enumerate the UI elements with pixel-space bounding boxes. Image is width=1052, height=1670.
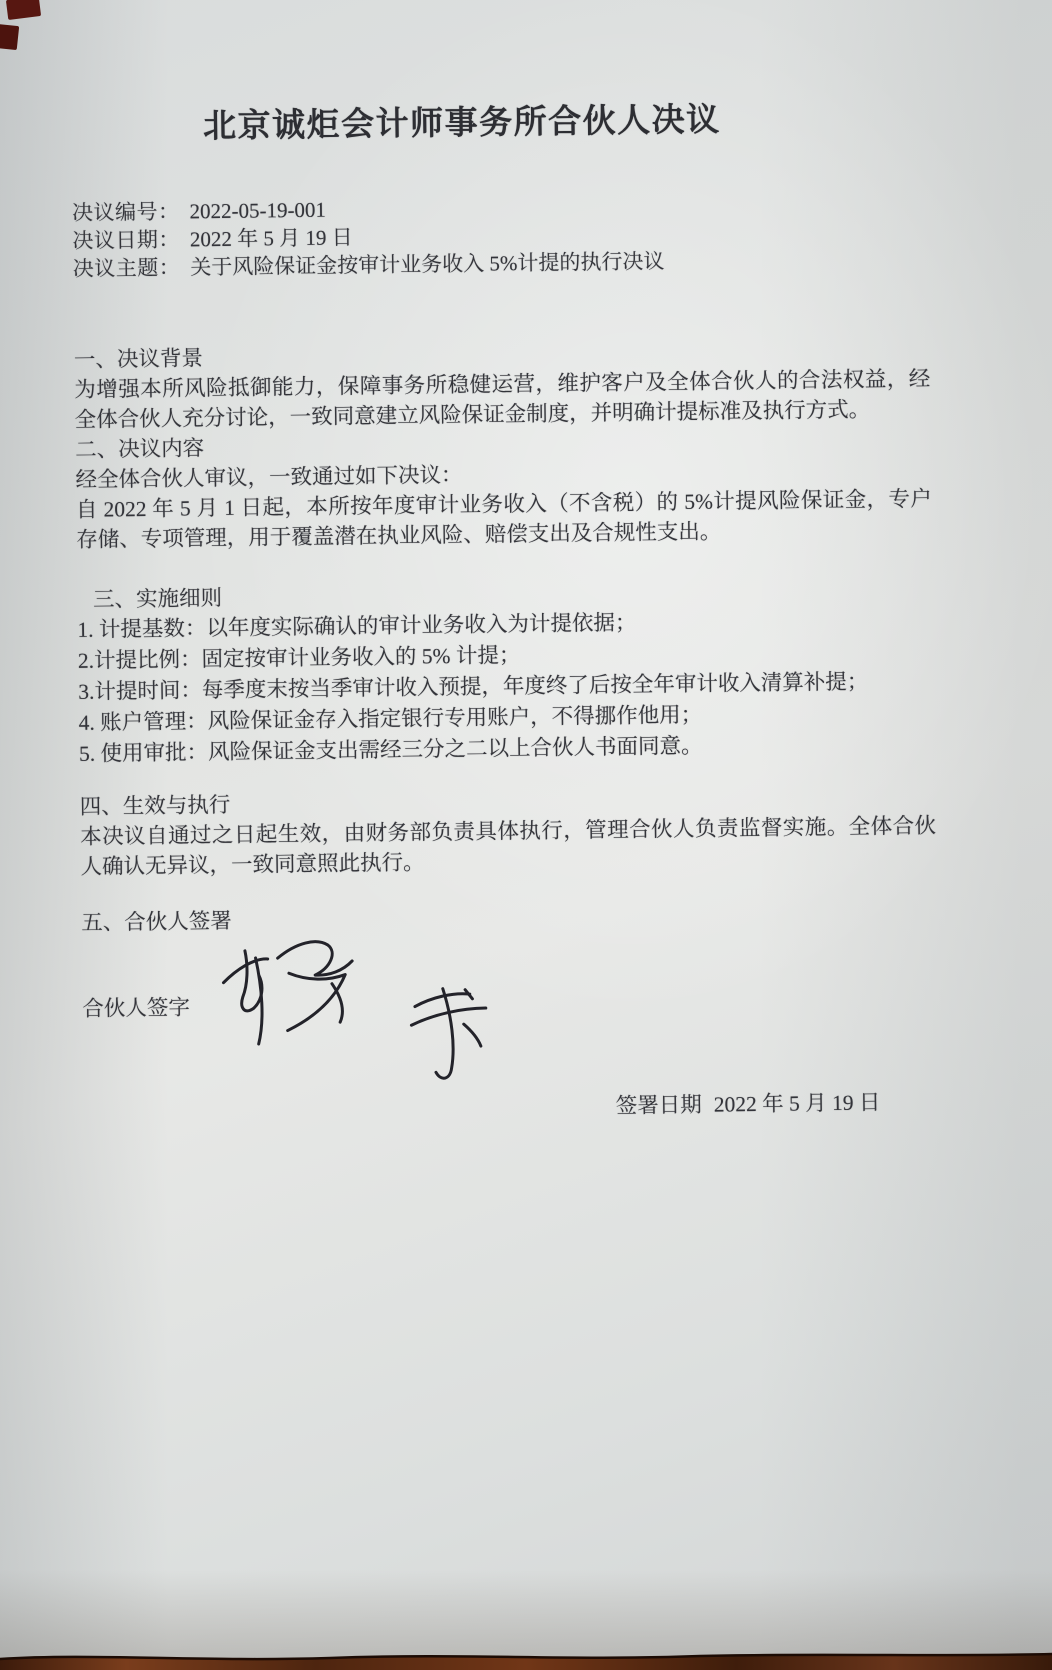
partner-signature-2: [393, 966, 524, 1099]
section-content: 二、决议内容 经全体合伙人审议，一致通过如下决议： 自 2022 年 5 月 1…: [75, 423, 962, 555]
partner-signature-1: [207, 921, 375, 1056]
sign-date-line: 签署日期2022 年 5 月 19 日: [84, 1086, 970, 1128]
section-signatures: 五、合伙人签署: [81, 896, 967, 938]
section-signatures-heading: 五、合伙人签署: [81, 896, 967, 938]
signature-label: 合伙人签字: [82, 990, 190, 1022]
sign-date-label: 签署日期: [616, 1093, 702, 1118]
resolution-date-value: 2022 年 5 月 19 日: [190, 225, 353, 251]
signature-row: 合伙人签字: [82, 952, 970, 1092]
sign-date-value: 2022 年 5 月 19 日: [714, 1090, 881, 1116]
document-page: 北京诚炬会计师事务所合伙人决议 决议编号：2022-05-19-001 决议日期…: [0, 0, 1052, 1670]
section-background: 一、决议背景 为增强本所风险抵御能力，保障事务所稳健运营，维护客户及全体合伙人的…: [74, 333, 961, 435]
resolution-subject-label: 决议主题：: [73, 255, 181, 280]
resolution-date-label: 决议日期：: [72, 227, 180, 252]
resolution-subject-value: 关于风险保证金按审计业务收入 5%计提的执行决议: [190, 249, 665, 279]
resolution-number-value: 2022-05-19-001: [189, 198, 326, 224]
paragraph: 自 2022 年 5 月 1 日起，本所按年度审计业务收入（不含税）的 5%计提…: [76, 484, 933, 555]
section-effectiveness: 四、生效与执行 本决议自通过之日起生效，由财务部负责具体执行，管理合伙人负责监督…: [80, 780, 967, 882]
document-title: 北京诚炬会计师事务所合伙人决议: [19, 91, 906, 150]
wooden-table-edge: [0, 1650, 1052, 1670]
resolution-number-label: 决议编号：: [72, 199, 180, 224]
photographed-document: 北京诚炬会计师事务所合伙人决议 决议编号：2022-05-19-001 决议日期…: [0, 0, 1052, 1670]
section-implementation-rules: 三、实施细则 1. 计提基数：以年度实际确认的审计业务收入为计提依据； 2.计提…: [77, 573, 965, 770]
paragraph: 为增强本所风险抵御能力，保障事务所稳健运营，维护客户及全体合伙人的合法权益，经全…: [74, 364, 931, 435]
resolution-meta: 决议编号：2022-05-19-001 决议日期：2022 年 5 月 19 日…: [72, 187, 959, 283]
paragraph: 本决议自通过之日起生效，由财务部负责具体执行，管理合伙人负责监督实施。全体合伙人…: [80, 811, 937, 882]
